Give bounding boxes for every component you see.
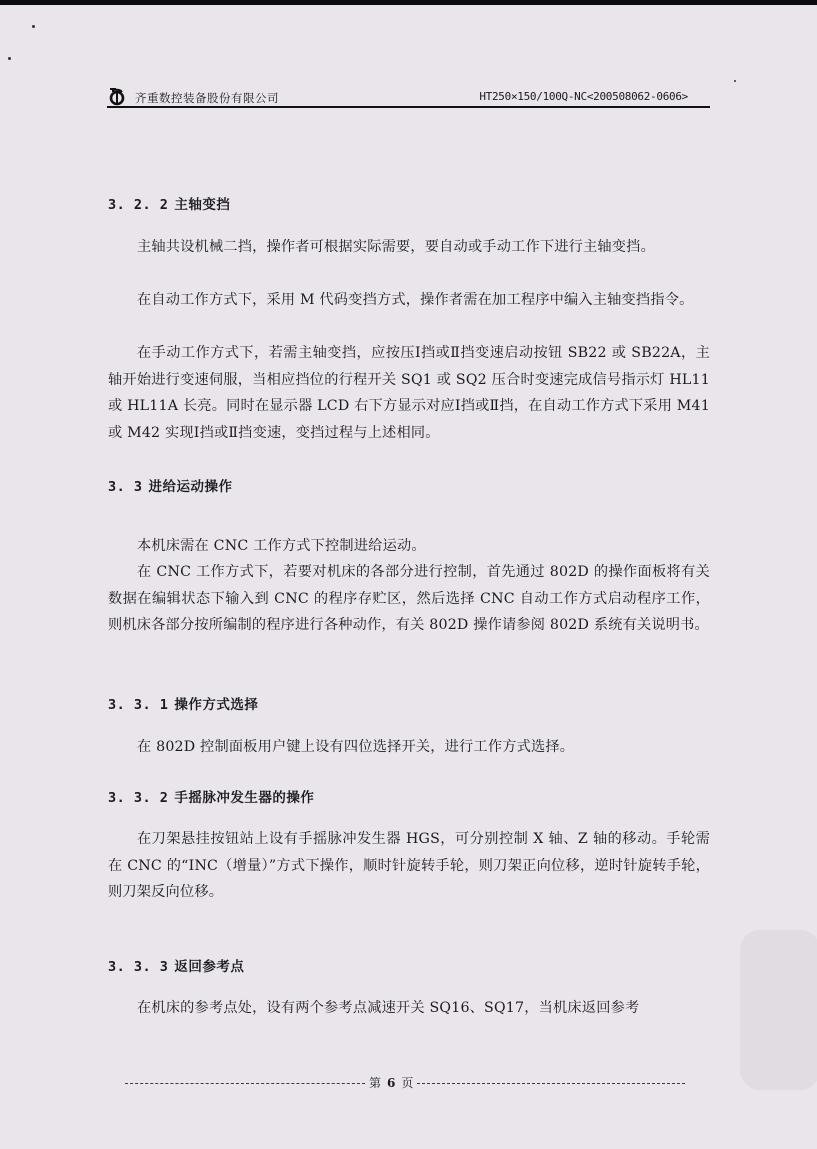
footer-dashed-rule bbox=[417, 1083, 685, 1084]
paragraph: 在 802D 控制面板用户键上设有四位选择开关，进行工作方式选择。 bbox=[108, 734, 710, 761]
section-number: 3. 3. 2 bbox=[108, 790, 168, 806]
section-title: 手摇脉冲发生器的操作 bbox=[174, 790, 314, 806]
paragraph: 主轴共设机械二挡，操作者可根据实际需要，要自动或手动工作下进行主轴变挡。 bbox=[108, 234, 710, 261]
paragraph: 本机床需在 CNC 工作方式下控制进给运动。 bbox=[108, 533, 710, 560]
section-number: 3. 3. 3 bbox=[108, 959, 168, 975]
footer-dashed-rule bbox=[125, 1083, 365, 1084]
company-logo-icon bbox=[107, 86, 127, 106]
faint-watermark bbox=[740, 930, 817, 1090]
page-value: 6 bbox=[387, 1076, 395, 1090]
paragraph: 在刀架悬挂按钮站上设有手摇脉冲发生器 HGS，可分别控制 X 轴、Z 轴的移动。… bbox=[108, 826, 710, 906]
scan-speck bbox=[32, 25, 35, 28]
section-title: 主轴变挡 bbox=[174, 197, 230, 213]
section-number: 3. 3 bbox=[108, 479, 143, 495]
section-title: 进给运动操作 bbox=[149, 479, 233, 495]
scan-top-edge bbox=[0, 0, 817, 5]
section-number: 3. 2. 2 bbox=[108, 197, 168, 213]
page-number: 第6页 bbox=[369, 1074, 413, 1091]
paragraph: 在 CNC 工作方式下，若要对机床的各部分进行控制，首先通过 802D 的操作面… bbox=[108, 559, 710, 639]
section-heading: 3. 3进给运动操作 bbox=[108, 475, 233, 495]
paragraph: 在手动工作方式下，若需主轴变挡，应按压Ⅰ挡或Ⅱ挡变速启动按钮 SB22 或 SB… bbox=[108, 340, 710, 446]
header-rule bbox=[107, 106, 710, 108]
page-suffix: 页 bbox=[401, 1076, 413, 1090]
section-heading: 3. 2. 2主轴变挡 bbox=[108, 193, 230, 213]
paragraph: 在自动工作方式下，采用 M 代码变挡方式，操作者需在加工程序中编入主轴变挡指令。 bbox=[108, 287, 710, 314]
document-number: HT250×150/100Q-NC<200508062-0606> bbox=[479, 90, 688, 103]
section-title: 操作方式选择 bbox=[174, 697, 258, 713]
scan-speck bbox=[734, 80, 736, 82]
section-heading: 3. 3. 1操作方式选择 bbox=[108, 693, 258, 713]
page-footer: 第6页 bbox=[125, 1074, 685, 1094]
section-heading: 3. 3. 2手摇脉冲发生器的操作 bbox=[108, 786, 314, 806]
section-title: 返回参考点 bbox=[174, 959, 244, 975]
company-name: 齐重数控装备股份有限公司 bbox=[135, 90, 279, 106]
section-heading: 3. 3. 3返回参考点 bbox=[108, 955, 244, 975]
section-number: 3. 3. 1 bbox=[108, 697, 168, 713]
paragraph: 在机床的参考点处，设有两个参考点减速开关 SQ16、SQ17，当机床返回参考 bbox=[108, 995, 710, 1022]
scan-speck bbox=[8, 57, 11, 60]
page-header: 齐重数控装备股份有限公司 HT250×150/100Q-NC<200508062… bbox=[107, 86, 710, 108]
page-prefix: 第 bbox=[369, 1076, 381, 1090]
